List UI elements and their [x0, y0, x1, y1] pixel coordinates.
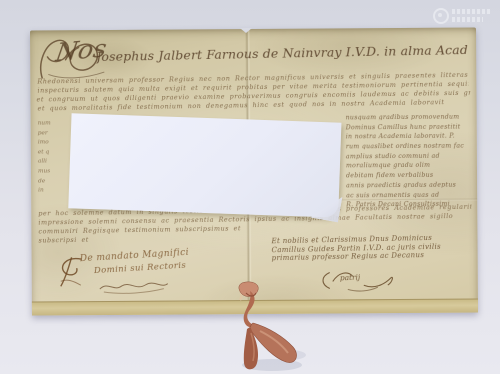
- body-line: annis praedictis gradus adeptus scholis: [346, 181, 471, 188]
- watermark-text-line: [452, 17, 483, 22]
- fragment: alli: [38, 159, 66, 165]
- heading-text: Josephus Jalbert Farnous de Nainvray I.V…: [96, 42, 468, 64]
- paper-slip-overlay: [68, 113, 341, 217]
- right-column-text: nusquam gradibus promovendum Dominus Cam…: [346, 113, 472, 207]
- fragment: et q: [38, 149, 66, 155]
- fold-notch: [240, 28, 252, 33]
- body-line: subscripsi et: [38, 233, 238, 244]
- fragment: in: [38, 187, 66, 193]
- body-line: moraliumque gradu olim baccalaureum: [346, 162, 471, 169]
- body-line: in nostra Academia laboravit. P.: [346, 133, 471, 140]
- auction-photo: Nos Josephus Jalbert Farnous de Nainvray…: [0, 0, 500, 374]
- watermark-logo: [433, 6, 493, 28]
- body-line: Dominus Camillus hunc praestitit: [346, 123, 471, 130]
- body-line: amplius studio communi ad requisita: [346, 152, 471, 159]
- watermark-text-line: [452, 9, 490, 14]
- dean-paraph-text: patrij: [340, 273, 361, 283]
- mandate-line: Domini sui Rectoris: [94, 261, 187, 276]
- seal-ribbon: [220, 281, 320, 374]
- fragment: num: [38, 120, 66, 126]
- body-line: nusquam gradibus promovendum: [346, 113, 471, 120]
- fragment: de: [38, 178, 66, 184]
- dean-attestation-block: Et nobilis et Clarissimus Dnus Dominicus…: [271, 234, 471, 261]
- fragment: per: [38, 130, 66, 136]
- body-line: debitam fidem verbalibus circumspectis: [346, 172, 471, 179]
- parchment-document: Nos Josephus Jalbert Farnous de Nainvray…: [30, 27, 478, 315]
- body-line: rum quaslibet ordines nostram fac: [346, 143, 471, 150]
- fragment: imo: [38, 140, 66, 146]
- left-margin-fragments: num per imo et q alli mus de in: [38, 120, 67, 193]
- rector-mandate-block: De mandato Magnifici Domini sui Rectoris: [58, 251, 233, 304]
- fragment: mus: [38, 168, 66, 174]
- body-line: ac suis ornamentis quas ad honorem: [346, 191, 471, 198]
- watermark-dot-icon: [438, 13, 442, 17]
- secretary-paraph: [98, 280, 170, 296]
